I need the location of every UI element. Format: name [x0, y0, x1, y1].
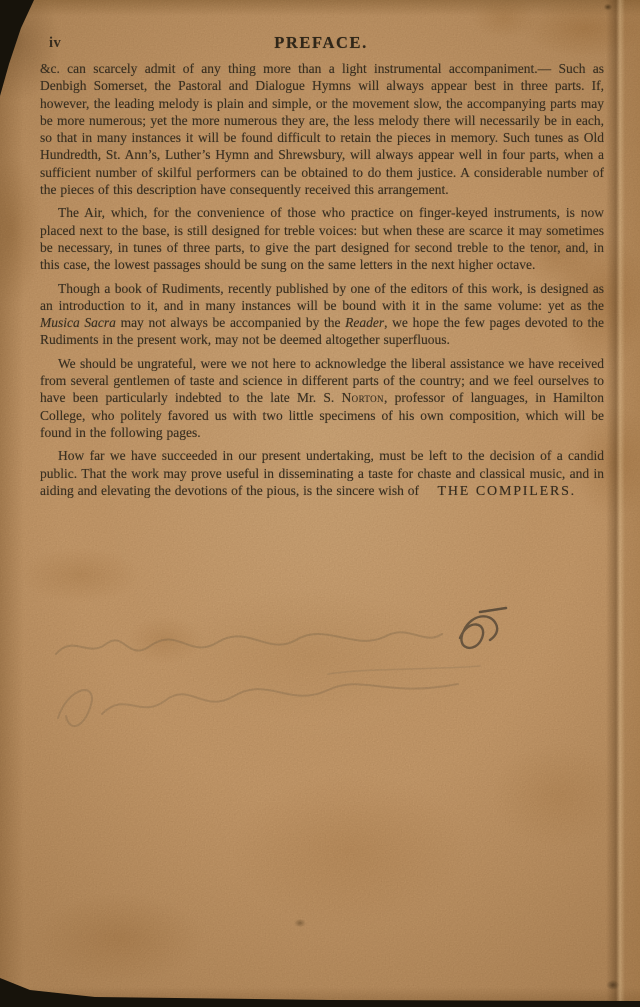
book-page: iv PREFACE. &c. can scarcely admit of an…: [0, 0, 640, 1007]
pencil-handwriting: [28, 596, 588, 746]
norton-name: Norton: [342, 390, 384, 405]
text-segment: Though a book of Rudiments, recently pub…: [40, 281, 604, 313]
paragraph-air: The Air, which, for the convenience of t…: [40, 204, 604, 273]
reader-title: Reader: [345, 315, 384, 330]
paragraph-rudiments: Though a book of Rudiments, recently pub…: [40, 280, 604, 349]
preface-body: &c. can scarcely admit of any thing more…: [40, 60, 604, 499]
page-title: PREFACE.: [40, 33, 602, 53]
scan-background: iv PREFACE. &c. can scarcely admit of an…: [0, 0, 640, 1007]
text-segment: may not always be accompanied by the: [116, 315, 345, 330]
paragraph-accompaniment: &c. can scarcely admit of any thing more…: [40, 60, 604, 198]
musica-sacra-title: Musica Sacra: [40, 315, 116, 330]
compilers-signature: THE COMPILERS.: [420, 483, 577, 500]
folio-page-number: iv: [49, 35, 61, 52]
paragraph-acknowledgment: We should be ungrateful, were we not her…: [40, 355, 604, 441]
paragraph-closing: How far we have succeeded in our present…: [40, 447, 604, 499]
running-header: iv PREFACE.: [40, 33, 602, 55]
